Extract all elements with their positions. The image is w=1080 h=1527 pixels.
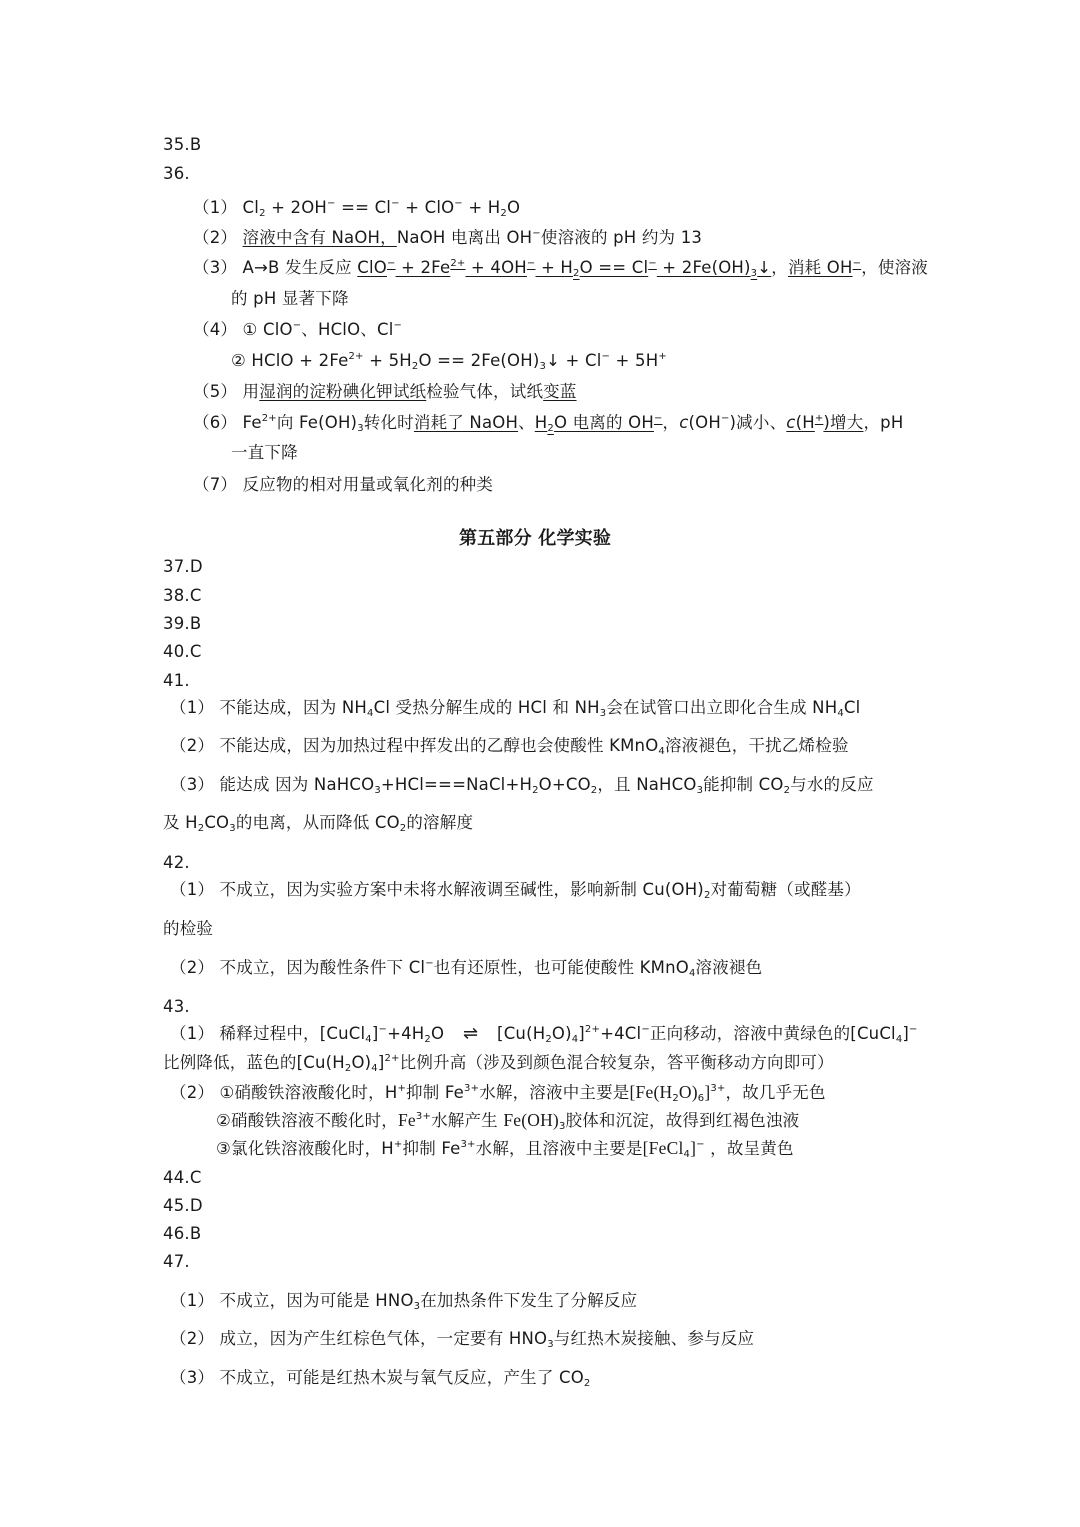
text-segment: 45.D <box>163 1196 203 1215</box>
text-segment: c <box>679 413 688 432</box>
text-segment: O == 2Fe(OH) <box>418 351 539 370</box>
answer-line: （2） 不能达成，因为加热过程中挥发出的乙醇也会使酸性 KMnO4溶液褪色，干扰… <box>170 736 849 756</box>
text-segment: 水解，且溶液中主要是 <box>476 1139 643 1158</box>
text-segment: （3） 能达成 因为 NaHCO <box>170 775 374 794</box>
answer-line: 47. <box>163 1252 190 1272</box>
superscript: − <box>648 258 657 269</box>
text-segment: （2） 不成立，因为酸性条件下 Cl <box>170 958 425 977</box>
text-segment: CO <box>204 813 229 832</box>
answer-line: （7） 反应物的相对用量或氧化剂的种类 <box>193 475 493 495</box>
superscript: − <box>654 413 663 424</box>
answer-line: 42. <box>163 853 190 873</box>
answer-line: （1） Cl2 + 2OH− == Cl− + ClO− + H2O <box>193 198 520 218</box>
section-title: 第五部分 化学实验 <box>459 529 611 549</box>
answer-line: （2） ①硝酸铁溶液酸化时，H+抑制 Fe3+水解，溶液中主要是[Fe(H2O)… <box>170 1082 826 1103</box>
answer-line: 38.C <box>163 586 202 606</box>
text-segment: 及 H <box>163 813 198 832</box>
text-segment: 溶液褪色，干扰乙烯检验 <box>665 736 849 755</box>
text-segment: 43. <box>163 997 190 1016</box>
superscript: − <box>293 320 302 331</box>
superscript: − <box>327 198 336 209</box>
superscript: + <box>394 1139 403 1150</box>
superscript: − <box>454 198 463 209</box>
text-segment: 38.C <box>163 586 202 605</box>
text-segment: (H <box>796 413 815 432</box>
text-segment: 39.B <box>163 614 201 633</box>
text-segment: ② HClO + 2Fe <box>231 351 349 370</box>
text-segment: 比例升高（涉及到颜色混合较复杂，答平衡移动方向即可） <box>400 1053 834 1072</box>
text-segment: ， <box>771 258 788 277</box>
text-segment: + 2Fe(OH) <box>657 258 751 277</box>
text-segment: 变蓝 <box>543 382 576 401</box>
text-segment: 正向移动，溶液中黄绿色的[CuCl <box>650 1024 896 1043</box>
answer-line: 37.D <box>163 557 203 577</box>
text-segment: )减小、 <box>730 413 787 432</box>
answer-line: （3） 不成立，可能是红热木炭与氧气反应，产生了 CO2 <box>170 1368 590 1388</box>
text-segment: （4） ① ClO <box>193 320 293 339</box>
text-segment: + ClO <box>400 198 455 217</box>
answer-line: 一直下降 <box>231 443 298 463</box>
text-segment: O <box>507 198 520 217</box>
text-segment: + 2OH <box>266 198 327 217</box>
text-segment: NaOH 电离出 OH <box>397 228 532 247</box>
text-segment: （5） 用 <box>193 382 259 401</box>
superscript: 2+ <box>262 413 277 424</box>
text-segment: 在加热条件下发生了分解反应 <box>420 1291 637 1310</box>
equilibrium-arrow-icon: ⇌ <box>450 1024 492 1044</box>
text-segment: [Cu(H <box>492 1024 546 1043</box>
answer-line: （2） 溶液中含有 NaOH，NaOH 电离出 OH−使溶液的 pH 约为 13 <box>193 228 702 248</box>
text-segment: 一直下降 <box>231 443 298 462</box>
text-segment: Cl <box>844 698 861 717</box>
text-segment: 、HClO、Cl <box>301 320 393 339</box>
superscript: 3+ <box>464 1083 479 1094</box>
superscript: 2+ <box>585 1024 600 1035</box>
superscript: 3+ <box>710 1083 725 1094</box>
text-segment: )增大 <box>823 413 863 432</box>
superscript: + <box>658 351 667 362</box>
text-segment: + H <box>463 198 501 217</box>
text-segment: （1） 稀释过程中，[CuCl <box>170 1024 365 1043</box>
text-segment: 与红热木炭接触、参与反应 <box>554 1329 754 1348</box>
answer-line: 39.B <box>163 614 201 634</box>
answer-line: 40.C <box>163 642 202 662</box>
answer-line: （4） ① ClO−、HClO、Cl− <box>193 320 402 340</box>
text-segment: （6） Fe <box>193 413 262 432</box>
text-segment: + 4OH <box>465 258 526 277</box>
text-segment: ，pH <box>863 413 903 432</box>
superscript: − <box>425 958 434 969</box>
text-segment: 胶体和沉淀，故得到红褐色浊液 <box>566 1111 800 1130</box>
answer-line: （3） 能达成 因为 NaHCO3+HCl===NaCl+H2O+CO2，且 N… <box>170 775 874 795</box>
superscript: − <box>909 1024 918 1035</box>
text-segment: ，且 NaHCO <box>597 775 696 794</box>
answer-line: 46.B <box>163 1224 201 1244</box>
text-segment: 消耗了 NaOH <box>414 413 518 432</box>
text-segment: + H <box>536 258 574 277</box>
text-segment: （2） 成立，因为产生红棕色气体，一定要有 HNO <box>170 1329 547 1348</box>
text-segment: ClO <box>357 258 387 277</box>
text-segment: 消耗 OH <box>788 258 853 277</box>
text-segment: ②硝酸铁溶液不酸化时， <box>216 1111 398 1130</box>
text-segment: 会在试管口出立即化合生成 NH <box>606 698 837 717</box>
answer-line: 45.D <box>163 1196 203 1216</box>
text-segment: （1） Cl <box>193 198 259 217</box>
text-segment: 能抑制 CO <box>703 775 783 794</box>
text-segment: （1） 不成立，因为实验方案中未将水解液调至碱性，影响新制 Cu(OH) <box>170 880 704 899</box>
text-segment: 的检验 <box>163 919 213 938</box>
text-segment: 也有还原性，也可能使酸性 KMnO <box>434 958 689 977</box>
text-segment: 35.B <box>163 135 201 154</box>
text-segment: 对葡萄糖（或醛基） <box>711 880 861 899</box>
text-segment: 抑制 Fe <box>406 1083 464 1102</box>
text-segment: 36. <box>163 164 190 183</box>
text-segment: O 电离的 OH <box>554 413 654 432</box>
text-segment: （2） 不能达成，因为加热过程中挥发出的乙醇也会使酸性 KMnO <box>170 736 658 755</box>
text-segment: 41. <box>163 671 190 690</box>
text-segment: Cl 受热分解生成的 HCl 和 NH <box>374 698 600 717</box>
text-segment: +HCl===NaCl+H <box>381 775 532 794</box>
subscript: 2 <box>584 1378 591 1389</box>
text-segment: O) <box>552 1024 572 1043</box>
answer-line: ③氯化铁溶液酸化时，H+抑制 Fe3+水解，且溶液中主要是[FeCl4]− ，故… <box>216 1138 794 1159</box>
text-segment: 水解产生 <box>431 1111 503 1130</box>
answer-line: （1） 不能达成，因为 NH4Cl 受热分解生成的 HCl 和 NH3会在试管口… <box>170 698 860 718</box>
text-segment: ↓ + Cl <box>546 351 601 370</box>
superscript: + <box>397 1083 406 1094</box>
text-segment: 向 Fe(OH) <box>277 413 357 432</box>
text-segment: 37.D <box>163 557 203 576</box>
answer-line: 36. <box>163 164 190 184</box>
text-segment: 使溶液的 pH 约为 13 <box>541 228 702 247</box>
answer-line: （1） 稀释过程中，[CuCl4]−+4H2O ⇌ [Cu(H2O)4]2++4… <box>170 1024 918 1044</box>
text-segment: 与水的反应 <box>790 775 874 794</box>
superscript: − <box>527 258 536 269</box>
text-segment: 46.B <box>163 1224 201 1243</box>
text-segment: 比例降低，蓝色的[Cu(H <box>163 1053 345 1072</box>
superscript: 2+ <box>450 258 465 269</box>
text-segment: （7） 反应物的相对用量或氧化剂的种类 <box>193 475 493 494</box>
text-segment: 检验气体，试纸 <box>426 382 543 401</box>
text-segment: O) <box>679 1082 698 1102</box>
text-segment: 44.C <box>163 1168 202 1187</box>
superscript: − <box>853 258 862 269</box>
answer-line: 比例降低，蓝色的[Cu(H2O)4]2+比例升高（涉及到颜色混合较复杂，答平衡移… <box>163 1053 834 1073</box>
superscript: − <box>391 198 400 209</box>
text-segment: O+CO <box>539 775 591 794</box>
text-segment: ] <box>578 1024 585 1043</box>
text-segment: Fe(OH) <box>503 1110 559 1130</box>
text-segment: + 5H <box>610 351 658 370</box>
answer-line: （2） 不成立，因为酸性条件下 Cl−也有还原性，也可能使酸性 KMnO4溶液褪… <box>170 958 762 978</box>
text-segment: 水解，溶液中主要是 <box>479 1083 629 1102</box>
text-segment: == Cl <box>336 198 391 217</box>
text-segment: ↓ <box>757 258 771 277</box>
text-segment: 、 <box>518 413 535 432</box>
text-segment: +4Cl <box>600 1024 641 1043</box>
answer-line: 35.B <box>163 135 201 155</box>
text-segment: + 5H <box>364 351 412 370</box>
superscript: − <box>378 1024 387 1035</box>
answer-line: 的 pH 显著下降 <box>231 289 349 309</box>
answer-line: 41. <box>163 671 190 691</box>
text-segment: 抑制 Fe <box>403 1139 461 1158</box>
answer-line: （1） 不成立，因为可能是 HNO3在加热条件下发生了分解反应 <box>170 1291 637 1311</box>
superscript: 3+ <box>416 1111 431 1122</box>
text-segment: 42. <box>163 853 190 872</box>
text-segment: 溶液褪色 <box>696 958 763 977</box>
text-segment: （2） <box>193 228 243 247</box>
text-segment: 的溶解度 <box>406 813 473 832</box>
text-segment: 的电离，从而降低 CO <box>236 813 400 832</box>
answer-line: ② HClO + 2Fe2+ + 5H2O == 2Fe(OH)3↓ + Cl−… <box>231 351 667 371</box>
text-segment: O == Cl <box>580 258 649 277</box>
text-segment: 的 pH 显著下降 <box>231 289 349 308</box>
answer-line: （1） 不成立，因为实验方案中未将水解液调至碱性，影响新制 Cu(OH)2对葡萄… <box>170 880 861 900</box>
superscript: 2+ <box>349 351 364 362</box>
text-segment: 湿润的淀粉碘化钾试纸 <box>259 382 426 401</box>
superscript: 2+ <box>384 1053 399 1064</box>
text-segment: （3） 不成立，可能是红热木炭与氧气反应，产生了 CO <box>170 1368 584 1387</box>
text-segment: +4H <box>387 1024 424 1043</box>
text-segment: ③氯化铁溶液酸化时，H <box>216 1139 394 1158</box>
answer-line: ②硝酸铁溶液不酸化时，Fe3+水解产生 Fe(OH)3胶体和沉淀，故得到红褐色浊… <box>216 1110 799 1131</box>
answer-line: 及 H2CO3的电离，从而降低 CO2的溶解度 <box>163 813 473 833</box>
text-segment: + 2Fe <box>396 258 451 277</box>
text-segment: 40.C <box>163 642 202 661</box>
superscript: − <box>696 1139 705 1150</box>
text-segment: （1） 不成立，因为可能是 HNO <box>170 1291 414 1310</box>
text-segment: ，故呈黄色 <box>705 1139 794 1158</box>
superscript: − <box>387 258 396 269</box>
text-segment: 转化时 <box>364 413 414 432</box>
answer-line: 44.C <box>163 1168 202 1188</box>
text-segment: c <box>786 413 795 432</box>
text-segment: ， <box>663 413 680 432</box>
superscript: − <box>721 413 730 424</box>
answer-line: （2） 成立，因为产生红棕色气体，一定要有 HNO3与红热木炭接触、参与反应 <box>170 1329 754 1349</box>
text-segment: H <box>535 413 548 432</box>
text-segment: [FeCl <box>643 1138 684 1158</box>
text-segment: 第五部分 化学实验 <box>459 528 611 549</box>
text-segment: O <box>431 1024 450 1043</box>
superscript: − <box>602 351 611 362</box>
answer-line: 的检验 <box>163 919 213 939</box>
superscript: − <box>394 320 403 331</box>
text-segment: 47. <box>163 1252 190 1271</box>
text-segment: （2） ①硝酸铁溶液酸化时，H <box>170 1083 397 1102</box>
answer-line: （5） 用湿润的淀粉碘化钾试纸检验气体，试纸变蓝 <box>193 382 577 402</box>
answer-line: （6） Fe2+向 Fe(OH)3转化时消耗了 NaOH、H2O 电离的 OH−… <box>193 413 903 433</box>
text-segment: ，故几乎无色 <box>726 1083 826 1102</box>
text-segment: O) <box>351 1053 371 1072</box>
text-segment: ，使溶液 <box>861 258 928 277</box>
answer-line: 43. <box>163 997 190 1017</box>
text-segment: Fe <box>398 1110 416 1130</box>
text-segment: [Fe(H <box>630 1082 673 1102</box>
superscript: 3+ <box>461 1139 476 1150</box>
superscript: − <box>641 1024 650 1035</box>
text-segment: (OH <box>689 413 721 432</box>
text-segment: （1） 不能达成，因为 NH <box>170 698 367 717</box>
superscript: − <box>532 228 541 239</box>
text-segment: （3） A→B 发生反应 <box>193 258 357 277</box>
answer-line: （3） A→B 发生反应 ClO− + 2Fe2+ + 4OH− + H2O =… <box>193 258 928 278</box>
text-segment: 溶液中含有 NaOH， <box>243 228 397 247</box>
